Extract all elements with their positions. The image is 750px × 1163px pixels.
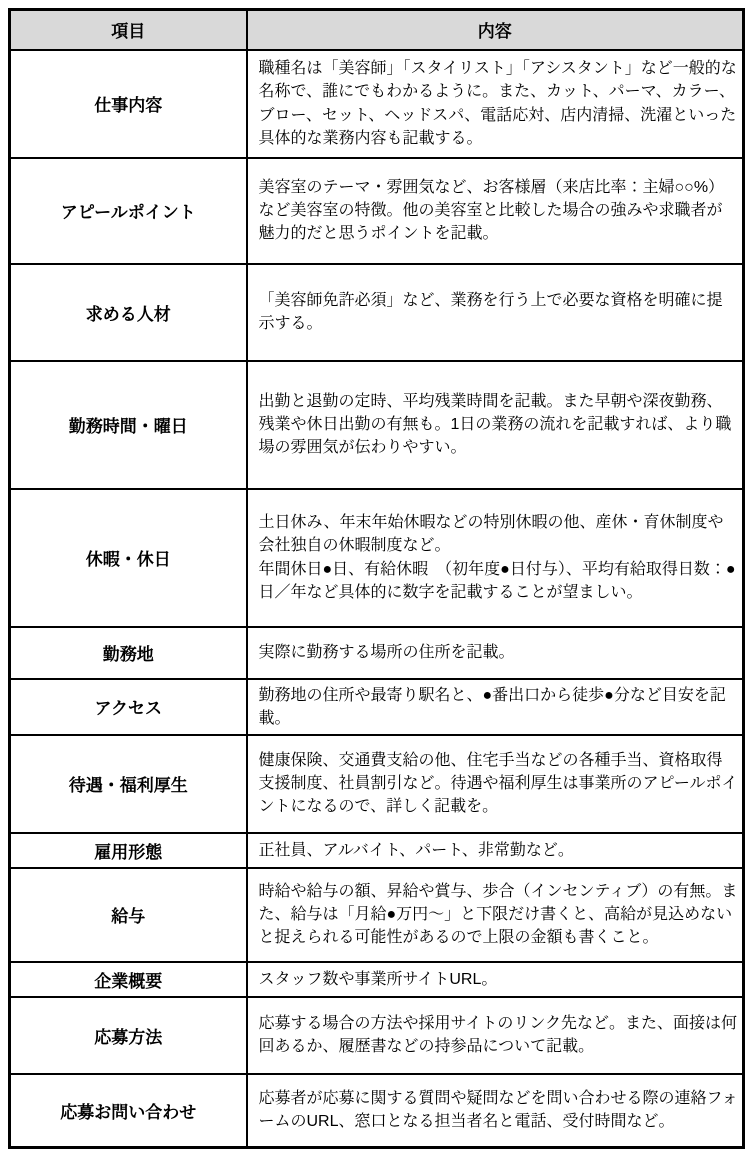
row-content-text: 美容室のテーマ・雰囲気など、お客様層（来店比率：主婦○○%）など美容室の特徴。他… xyxy=(247,158,744,264)
row-content-text: 土日休み、年末年始休暇などの特別休暇の他、産休・育休制度や会社独自の休暇制度など… xyxy=(247,489,744,627)
table-row: 勤務時間・曜日 出勤と退勤の定時、平均残業時間を記載。また早朝や深夜勤務、残業や… xyxy=(10,361,744,489)
row-item-label: 雇用形態 xyxy=(10,833,247,868)
row-content-text: 出勤と退勤の定時、平均残業時間を記載。また早朝や深夜勤務、残業や休日出勤の有無も… xyxy=(247,361,744,489)
row-item-label: アクセス xyxy=(10,679,247,735)
document-page: 項目 内容 仕事内容 職種名は「美容師」「スタイリスト」「アシスタント」など一般… xyxy=(0,0,750,1157)
table-header-row: 項目 内容 xyxy=(10,10,744,50)
row-content-text: 「美容師免許必須」など、業務を行う上で必要な資格を明確に提示する。 xyxy=(247,264,744,361)
row-content-text: 勤務地の住所や最寄り駅名と、●番出口から徒歩●分など目安を記載。 xyxy=(247,679,744,735)
row-content-text: 時給や給与の額、昇給や賞与、歩合（インセンティブ）の有無。また、給与は「月給●万… xyxy=(247,868,744,962)
row-content-text: スタッフ数や事業所サイトURL。 xyxy=(247,962,744,997)
row-item-label: 待遇・福利厚生 xyxy=(10,735,247,833)
column-header-content: 内容 xyxy=(247,10,744,50)
table-row: 休暇・休日 土日休み、年末年始休暇などの特別休暇の他、産休・育休制度や会社独自の… xyxy=(10,489,744,627)
table-row: 勤務地 実際に勤務する場所の住所を記載。 xyxy=(10,627,744,679)
column-header-item: 項目 xyxy=(10,10,247,50)
table-row: 応募方法 応募する場合の方法や採用サイトのリンク先など。また、面接は何回あるか、… xyxy=(10,997,744,1074)
row-item-label: 休暇・休日 xyxy=(10,489,247,627)
table-row: 求める人材 「美容師免許必須」など、業務を行う上で必要な資格を明確に提示する。 xyxy=(10,264,744,361)
job-posting-guideline-table: 項目 内容 仕事内容 職種名は「美容師」「スタイリスト」「アシスタント」など一般… xyxy=(8,8,745,1149)
row-content-text: 正社員、アルバイト、パート、非常勤など。 xyxy=(247,833,744,868)
row-item-label: 勤務地 xyxy=(10,627,247,679)
row-item-label: 企業概要 xyxy=(10,962,247,997)
table-row: 待遇・福利厚生 健康保険、交通費支給の他、住宅手当などの各種手当、資格取得支援制… xyxy=(10,735,744,833)
table-row: アピールポイント 美容室のテーマ・雰囲気など、お客様層（来店比率：主婦○○%）な… xyxy=(10,158,744,264)
row-item-label: 仕事内容 xyxy=(10,50,247,158)
row-content-text: 実際に勤務する場所の住所を記載。 xyxy=(247,627,744,679)
row-content-text: 職種名は「美容師」「スタイリスト」「アシスタント」など一般的な名称で、誰にでもわ… xyxy=(247,50,744,158)
table-row: 応募お問い合わせ 応募者が応募に関する質問や疑問などを問い合わせる際の連絡フォー… xyxy=(10,1074,744,1148)
table-row: 雇用形態 正社員、アルバイト、パート、非常勤など。 xyxy=(10,833,744,868)
row-item-label: 勤務時間・曜日 xyxy=(10,361,247,489)
row-content-text: 応募者が応募に関する質問や疑問などを問い合わせる際の連絡フォームのURL、窓口と… xyxy=(247,1074,744,1148)
row-content-text: 健康保険、交通費支給の他、住宅手当などの各種手当、資格取得支援制度、社員割引など… xyxy=(247,735,744,833)
row-item-label: 応募お問い合わせ xyxy=(10,1074,247,1148)
row-item-label: アピールポイント xyxy=(10,158,247,264)
table-row: 給与 時給や給与の額、昇給や賞与、歩合（インセンティブ）の有無。また、給与は「月… xyxy=(10,868,744,962)
row-item-label: 求める人材 xyxy=(10,264,247,361)
row-item-label: 給与 xyxy=(10,868,247,962)
table-row: アクセス 勤務地の住所や最寄り駅名と、●番出口から徒歩●分など目安を記載。 xyxy=(10,679,744,735)
table-row: 企業概要 スタッフ数や事業所サイトURL。 xyxy=(10,962,744,997)
row-item-label: 応募方法 xyxy=(10,997,247,1074)
row-content-text: 応募する場合の方法や採用サイトのリンク先など。また、面接は何回あるか、履歴書など… xyxy=(247,997,744,1074)
table-row: 仕事内容 職種名は「美容師」「スタイリスト」「アシスタント」など一般的な名称で、… xyxy=(10,50,744,158)
